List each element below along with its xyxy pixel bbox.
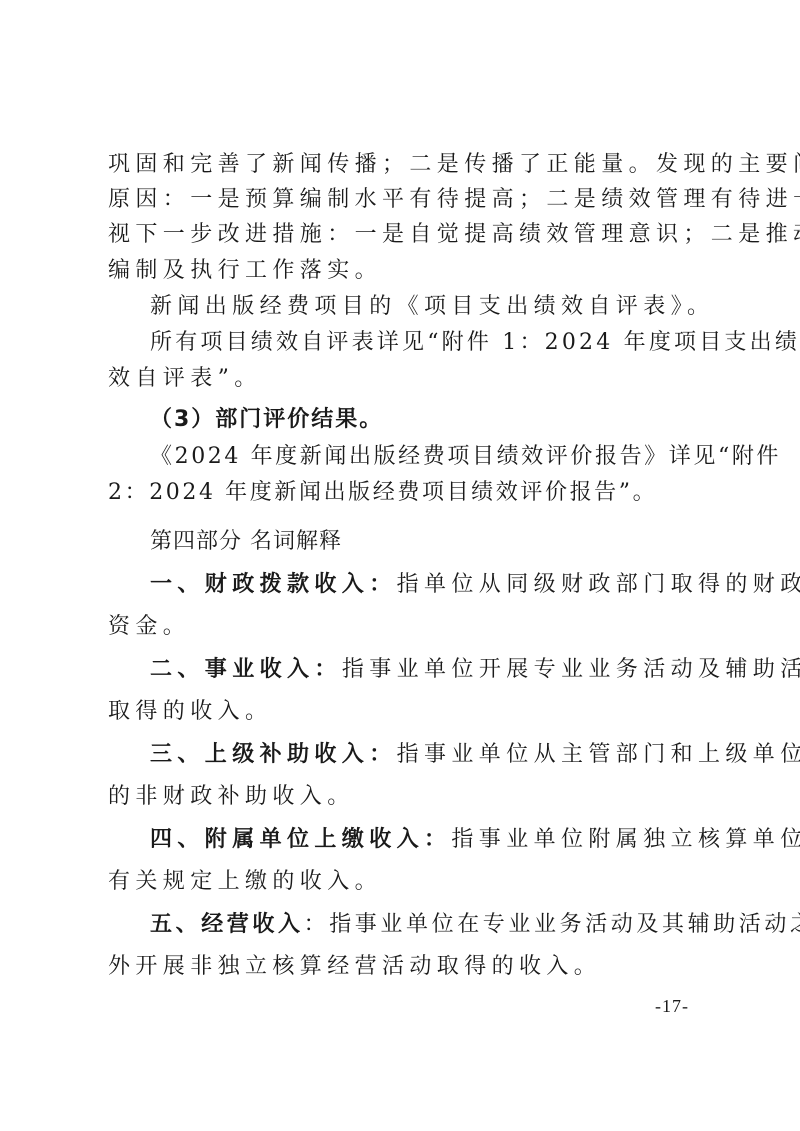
paragraph-line: 所有项目绩效自评表详见“附件 1：2024 年度项目支出绩 [150,328,742,358]
paragraph-line: 巩固和完善了新闻传播；二是传播了正能量。发现的主要问题及 [108,150,700,180]
term-label: 三、上级补助收入： [150,742,397,767]
term-definition: 指单位从同级财政部门取得的财政预算 [397,572,800,597]
paragraph-line: 《2024 年度新闻出版经费项目绩效评价报告》详见“附件 [150,442,742,472]
term-line: 二、事业收入：指事业单位开展专业业务活动及辅助活动所 [150,655,742,685]
term-line: 一、财政拨款收入：指单位从同级财政部门取得的财政预算 [150,570,742,600]
paragraph-line: 2：2024 年度新闻出版经费项目绩效评价报告”。 [108,478,700,508]
term-line: 四、附属单位上缴收入：指事业单位附属独立核算单位按照 [150,825,742,855]
term-line: 资金。 [108,612,700,642]
term-definition: 指事业单位开展专业业务活动及辅助活动所 [342,657,800,682]
term-line: 三、上级补助收入：指事业单位从主管部门和上级单位取得 [150,740,742,770]
term-label: 五、经营收入 [150,912,304,937]
term-definition: 指事业单位附属独立核算单位按照 [451,827,800,852]
term-line: 有关规定上缴的收入。 [108,867,700,897]
term-line: 的非财政补助收入。 [108,782,700,812]
paragraph-line: 效自评表”。 [108,364,700,394]
document-page: 巩固和完善了新闻传播；二是传播了正能量。发现的主要问题及 原因：一是预算编制水平… [0,0,800,1131]
page-number: -17- [655,996,689,1017]
term-line: 五、经营收入：指事业单位在专业业务活动及其辅助活动之 [150,910,742,940]
paragraph-line: 编制及执行工作落实。 [108,256,700,286]
paragraph-line: 新闻出版经费项目的《项目支出绩效自评表》。 [150,292,742,322]
term-label: 二、事业收入： [150,657,342,682]
term-line: 外开展非独立核算经营活动取得的收入。 [108,952,700,982]
part-heading: 第四部分 名词解释 [150,527,742,557]
term-definition: ：指事业单位在专业业务活动及其辅助活动之 [304,912,800,937]
paragraph-line: 视下一步改进措施：一是自觉提高绩效管理意识；二是推动预算 [108,220,700,250]
section-heading: （3）部门评价结果。 [150,405,742,435]
term-label: 一、财政拨款收入： [150,572,397,597]
term-label: 四、附属单位上缴收入： [150,827,451,852]
term-line: 取得的收入。 [108,697,700,727]
term-definition: 指事业单位从主管部门和上级单位取得 [397,742,800,767]
paragraph-line: 原因：一是预算编制水平有待提高；二是绩效管理有待进一步重 [108,185,700,215]
